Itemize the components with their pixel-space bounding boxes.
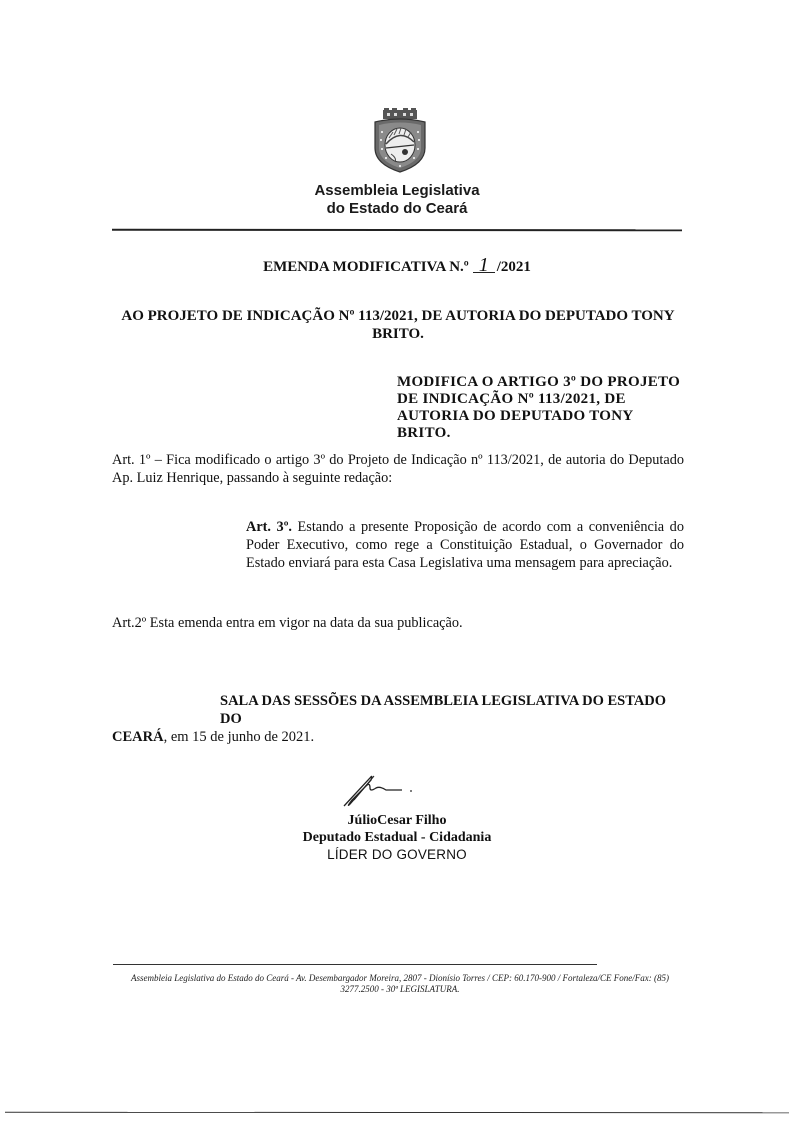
signatory-block: JúlioCesar Filho Deputado Estadual - Cid… [0,812,794,863]
ementa: MODIFICA O ARTIGO 3º DO PROJETO DE INDIC… [397,374,689,442]
article-1: Art. 1º – Fica modificado o artigo 3º do… [112,451,684,487]
amendment-number: 1 [473,258,495,273]
subject-line1: AO PROJETO DE INDICAÇÃO Nº 113/2021, DE … [100,307,696,325]
footer-divider [113,964,597,965]
title-prefix: EMENDA MODIFICATIVA N.º [263,259,469,275]
header-divider [112,229,682,231]
footer-address: Assembleia Legislativa do Estado do Cear… [110,973,690,995]
article-3-text: Estando a presente Proposição de acordo … [246,519,684,571]
article-3-new-wording: Art. 3º. Estando a presente Proposição d… [246,518,684,572]
document-title: EMENDA MODIFICATIVA N.º1/2021 [0,258,794,276]
footer-line2: 3277.2500 - 30ª LEGISLATURA. [110,984,690,995]
signatory-role: Deputado Estadual - Cidadania [0,829,794,846]
closing-statement: SALA DAS SESSÕES DA ASSEMBLEIA LEGISLATI… [112,692,684,746]
footer-line1: Assembleia Legislativa do Estado do Cear… [110,973,690,984]
title-suffix: /2021 [497,259,531,275]
document-subject: AO PROJETO DE INDICAÇÃO Nº 113/2021, DE … [100,307,696,343]
subject-line2: BRITO. [100,325,696,343]
closing-date: , em 15 de junho de 2021. [164,729,315,745]
article-2: Art.2º Esta emenda entra em vigor na dat… [112,614,684,632]
closing-line1: SALA DAS SESSÕES DA ASSEMBLEIA LEGISLATI… [112,692,684,728]
article-3-label: Art. 3º. [246,519,292,535]
signatory-position: LÍDER DO GOVERNO [0,846,794,863]
handwritten-signature-icon [340,770,420,810]
organization-name-line1: Assembleia Legislativa [0,182,794,200]
state-coat-of-arms-icon [369,108,431,174]
organization-name-line2: do Estado do Ceará [0,200,794,218]
page-edge-line [5,1112,789,1113]
organization-name: Assembleia Legislativa do Estado do Cear… [0,182,794,218]
signatory-name: JúlioCesar Filho [0,812,794,829]
closing-state: CEARÁ [112,729,164,745]
